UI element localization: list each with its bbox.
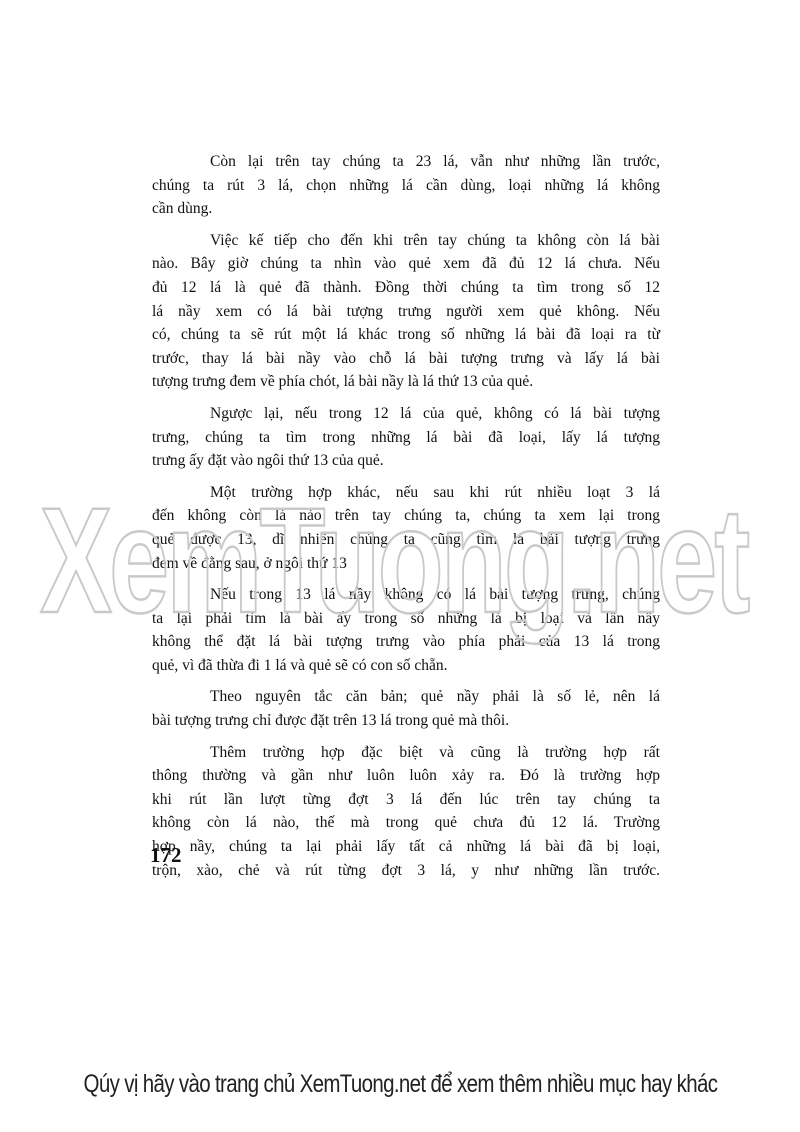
text-line: thông thường và gần như luôn luôn xảy ra… bbox=[152, 764, 660, 788]
text-line: không còn lá nào, thế mà trong quẻ chưa … bbox=[152, 811, 660, 835]
text-line: có, chúng ta sẽ rút một lá khác trong số… bbox=[152, 323, 660, 347]
paragraph-1: Còn lại trên tay chúng ta 23 lá, vẫn như… bbox=[152, 150, 660, 221]
footer-text: Qúy vị hãy vào trang chủ XemTuong.net để… bbox=[83, 1070, 717, 1099]
text-line: đến không còn lá nào trên tay chúng ta, … bbox=[152, 504, 660, 528]
text-line: hợp nầy, chúng ta lại phải lấy tất cả nh… bbox=[152, 835, 660, 859]
text-line: không thể đặt lá bài tượng trưng vào phí… bbox=[152, 630, 660, 654]
text-line: trộn, xào, chẻ và rút từng đợt 3 lá, y n… bbox=[152, 859, 660, 883]
text-line: Thêm trường hợp đặc biệt và cũng là trườ… bbox=[152, 741, 660, 765]
text-line: nào. Bây giờ chúng ta nhìn vào quẻ xem đ… bbox=[152, 252, 660, 276]
paragraph-2: Việc kế tiếp cho đến khi trên tay chúng … bbox=[152, 229, 660, 394]
text-line: trước, thay lá bài nầy vào chỗ lá bài tư… bbox=[152, 347, 660, 371]
text-line: quẻ, vì đã thừa đi 1 lá và quẻ sẽ có con… bbox=[152, 654, 660, 678]
text-line: khi rút lần lượt từng đợt 3 lá đến lúc t… bbox=[152, 788, 660, 812]
text-line: tượng trưng đem về phía chót, lá bài nầy… bbox=[152, 370, 660, 394]
text-line: lá nầy xem có lá bài tượng trưng người x… bbox=[152, 300, 660, 324]
text-line: Nếu trong 13 lá nầy không có lá bài tượn… bbox=[152, 583, 660, 607]
text-line: đủ 12 lá là quẻ đã thành. Đồng thời chún… bbox=[152, 276, 660, 300]
text-line: chúng ta rút 3 lá, chọn những lá cần dùn… bbox=[152, 174, 660, 198]
paragraph-6: Theo nguyên tắc căn bản; quẻ nầy phải là… bbox=[152, 685, 660, 732]
text-line: cần dùng. bbox=[152, 197, 660, 221]
page-body: Còn lại trên tay chúng ta 23 lá, vẫn như… bbox=[152, 150, 660, 890]
text-line: Còn lại trên tay chúng ta 23 lá, vẫn như… bbox=[152, 150, 660, 174]
text-line: trưng ấy đặt vào ngôi thứ 13 của quẻ. bbox=[152, 449, 660, 473]
text-line: đem về đằng sau, ở ngôi thứ 13 bbox=[152, 552, 660, 576]
text-line: Một trường hợp khác, nếu sau khi rút nhi… bbox=[152, 481, 660, 505]
page-number: 172 bbox=[150, 843, 182, 868]
paragraph-5: Nếu trong 13 lá nầy không có lá bài tượn… bbox=[152, 583, 660, 677]
text-line: Ngược lại, nếu trong 12 lá của quẻ, khôn… bbox=[152, 402, 660, 426]
text-line: ta lại phải tìm lá bài ấy trong số những… bbox=[152, 607, 660, 631]
paragraph-4: Một trường hợp khác, nếu sau khi rút nhi… bbox=[152, 481, 660, 575]
text-line: Việc kế tiếp cho đến khi trên tay chúng … bbox=[152, 229, 660, 253]
text-line: bài tượng trưng chỉ được đặt trên 13 lá … bbox=[152, 709, 660, 733]
text-line: quẻ được 13, dĩ nhiên chúng ta cũng tìm … bbox=[152, 528, 660, 552]
paragraph-7: Thêm trường hợp đặc biệt và cũng là trườ… bbox=[152, 741, 660, 883]
footer-banner: Qúy vị hãy vào trang chủ XemTuong.net để… bbox=[0, 1070, 800, 1099]
paragraph-3: Ngược lại, nếu trong 12 lá của quẻ, khôn… bbox=[152, 402, 660, 473]
text-line: trưng, chúng ta tìm trong những lá bài đ… bbox=[152, 426, 660, 450]
text-line: Theo nguyên tắc căn bản; quẻ nầy phải là… bbox=[152, 685, 660, 709]
